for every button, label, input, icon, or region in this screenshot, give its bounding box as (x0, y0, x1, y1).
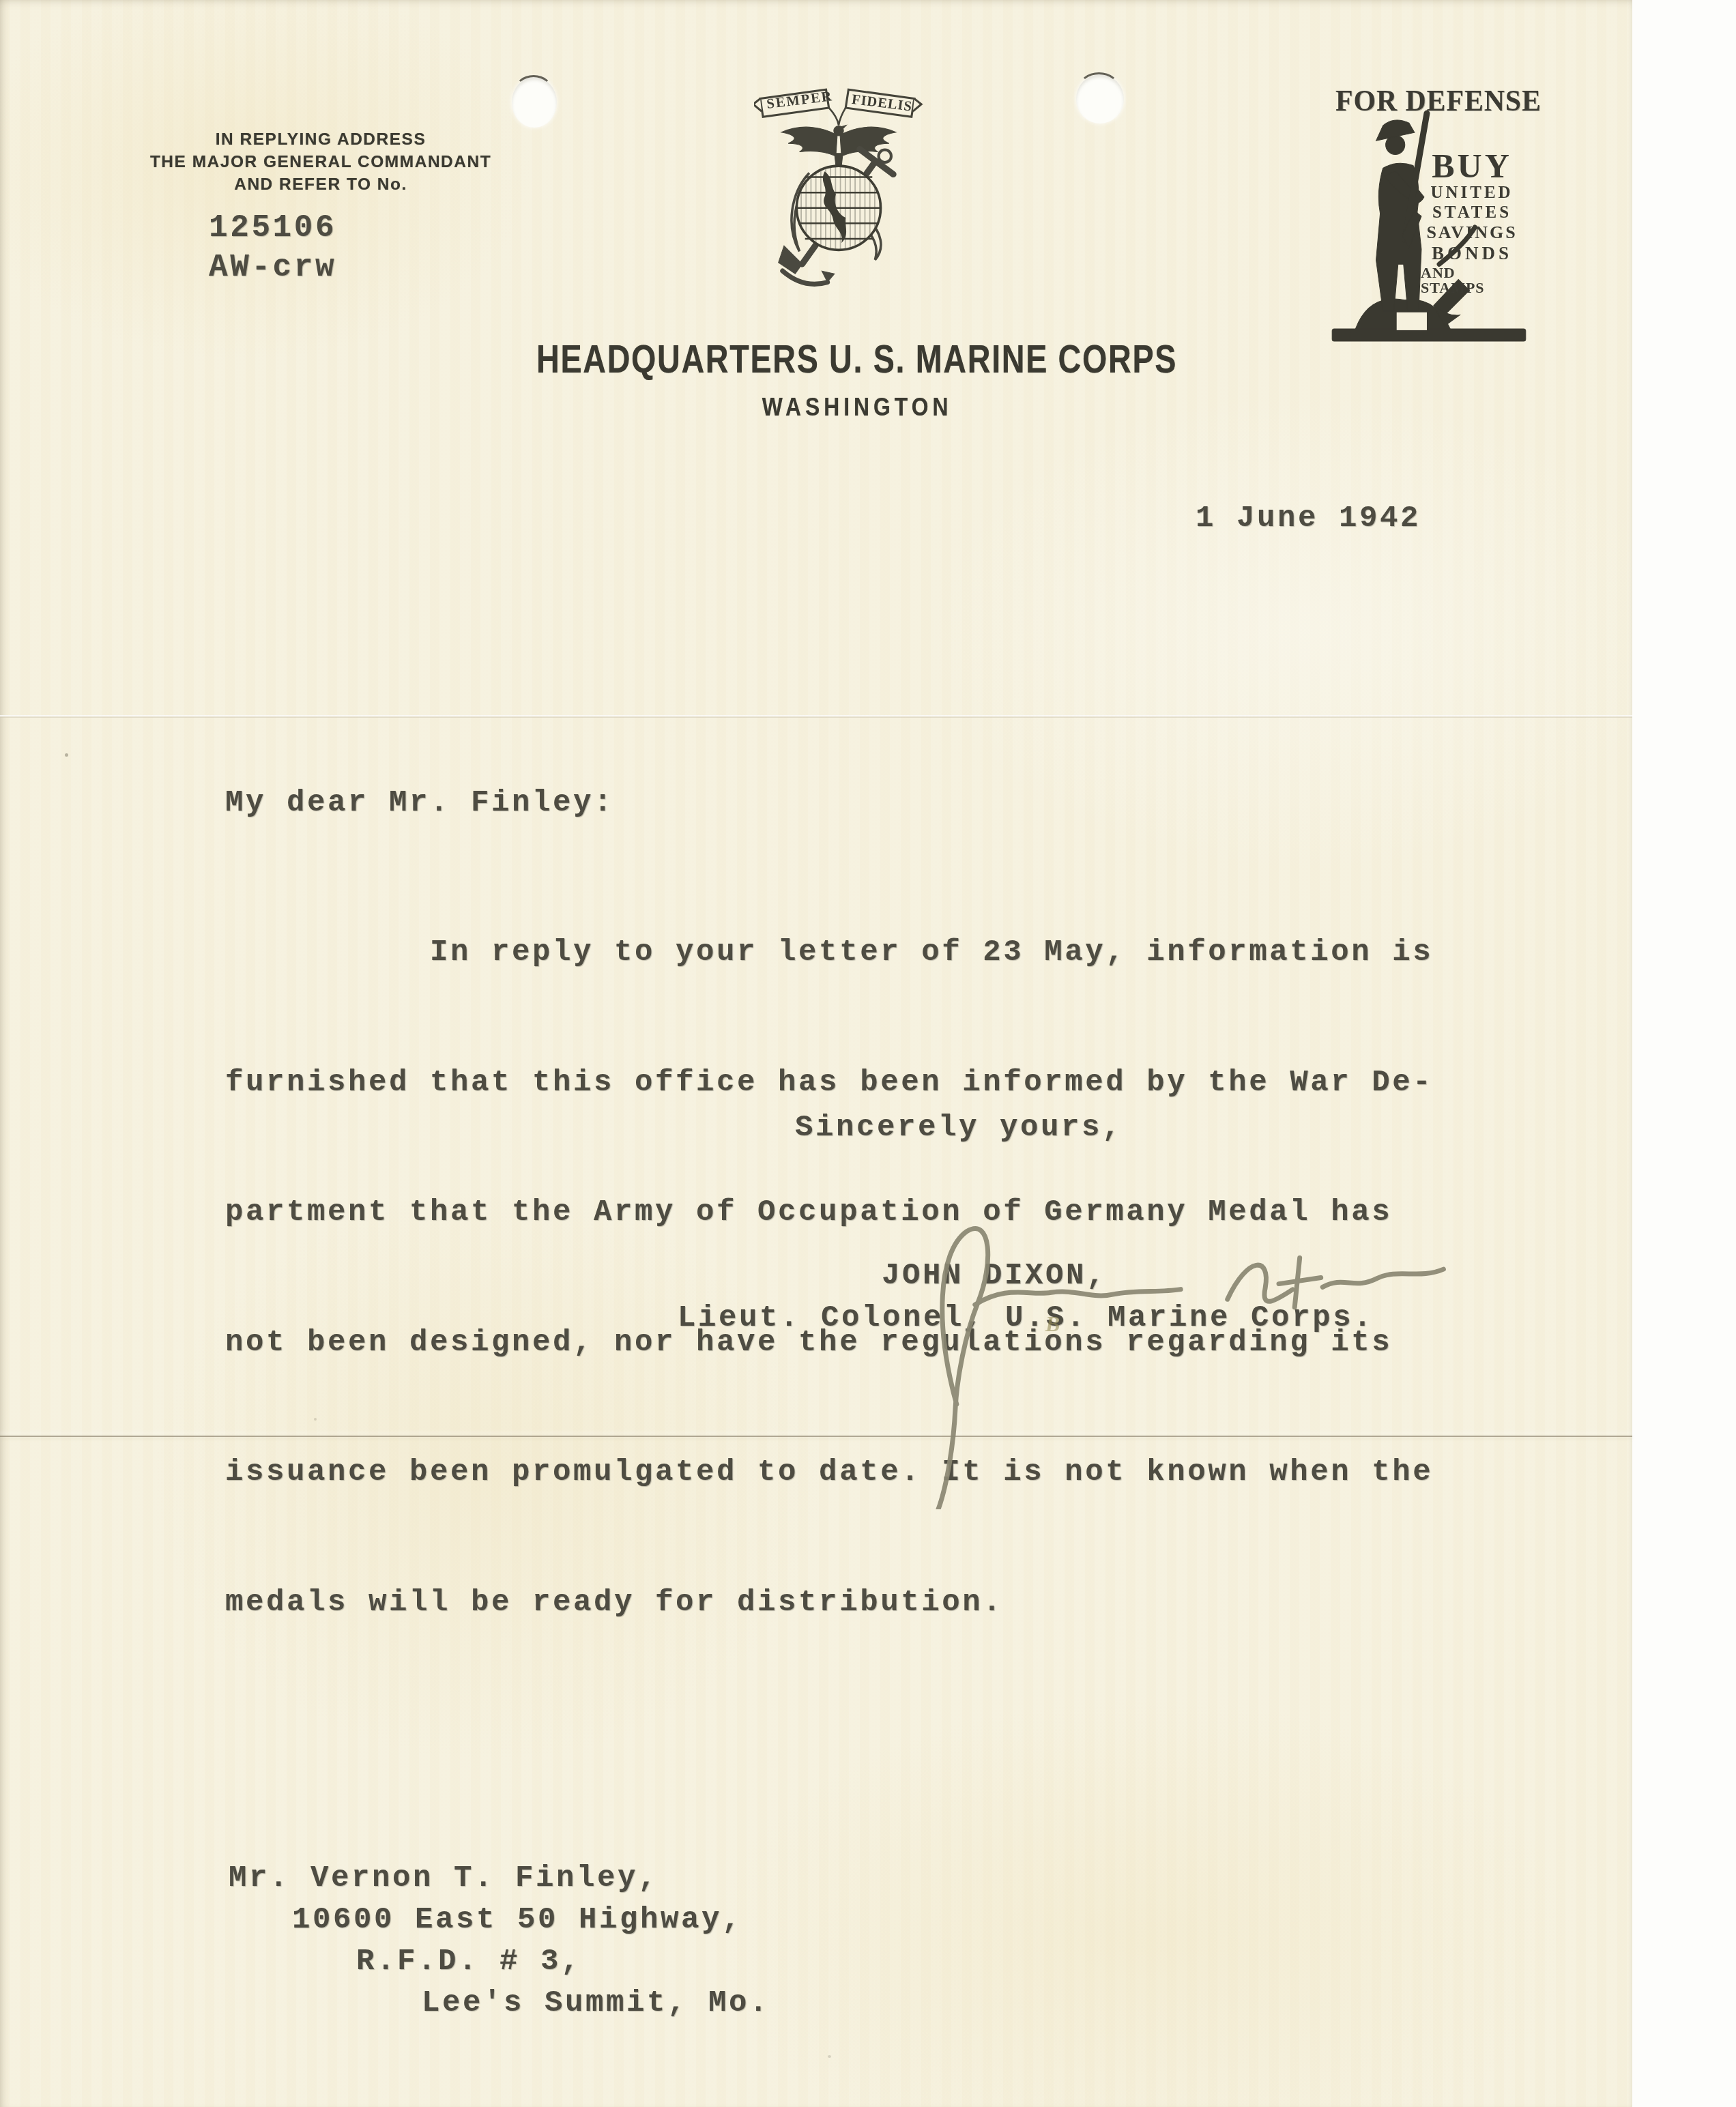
reply-note-line-1: IN REPLYING ADDRESS (136, 128, 505, 151)
handwritten-signature (873, 1189, 1474, 1509)
office-initials: AW-crw (209, 250, 336, 285)
reply-address-note: IN REPLYING ADDRESS THE MAJOR GENERAL CO… (136, 128, 505, 196)
punch-hole-right (1076, 74, 1124, 123)
paper-speck (65, 753, 68, 757)
defense-slogan: BUY UNITED STATES SAVINGS BONDS AND STAM… (1421, 150, 1523, 295)
defense-line-savings: SAVINGS (1426, 224, 1517, 242)
organization-heading: HEADQUARTERS U. S. MARINE CORPS (41, 337, 1673, 382)
fold-crease-upper (0, 715, 1632, 718)
recipient-rfd: R.F.D. # 3, (356, 1945, 581, 1979)
defense-line-and-stamps: AND STAMPS (1421, 265, 1523, 295)
defense-line-states: STATES (1432, 204, 1511, 221)
recipient-name: Mr. Vernon T. Finley, (229, 1861, 659, 1895)
closing-line: Sincerely yours, (795, 1111, 1123, 1145)
defense-line-bonds: BONDS (1432, 244, 1512, 263)
location-heading: WASHINGTON (41, 393, 1673, 422)
date-line: 1 June 1942 (1196, 502, 1421, 536)
punch-hole-left (512, 77, 557, 128)
body-line-1: In reply to your letter of 23 May, infor… (225, 931, 1433, 975)
body-line-2: furnished that this office has been info… (225, 1062, 1433, 1105)
reference-number: 125106 (209, 210, 336, 246)
recipient-city: Lee's Summit, Mo. (422, 1986, 770, 2020)
letter-paper-sheet: IN REPLYING ADDRESS THE MAJOR GENERAL CO… (0, 0, 1632, 2107)
body-line-6: medals will be ready for distribution. (225, 1582, 1433, 1625)
reply-note-line-2: THE MAJOR GENERAL COMMANDANT (136, 151, 505, 173)
reply-note-line-3: AND REFER TO No. (136, 173, 505, 196)
recipient-street: 10600 East 50 Highway, (292, 1903, 742, 1937)
scanned-letter-page: IN REPLYING ADDRESS THE MAJOR GENERAL CO… (0, 0, 1736, 2107)
salutation: My dear Mr. Finley: (225, 786, 614, 820)
usmc-eagle-globe-anchor-emblem: SEMPER FIDELIS (754, 83, 923, 293)
paper-speck (828, 2055, 831, 2058)
defense-line-buy: BUY (1432, 150, 1512, 181)
defense-line-united: UNITED (1430, 184, 1513, 201)
